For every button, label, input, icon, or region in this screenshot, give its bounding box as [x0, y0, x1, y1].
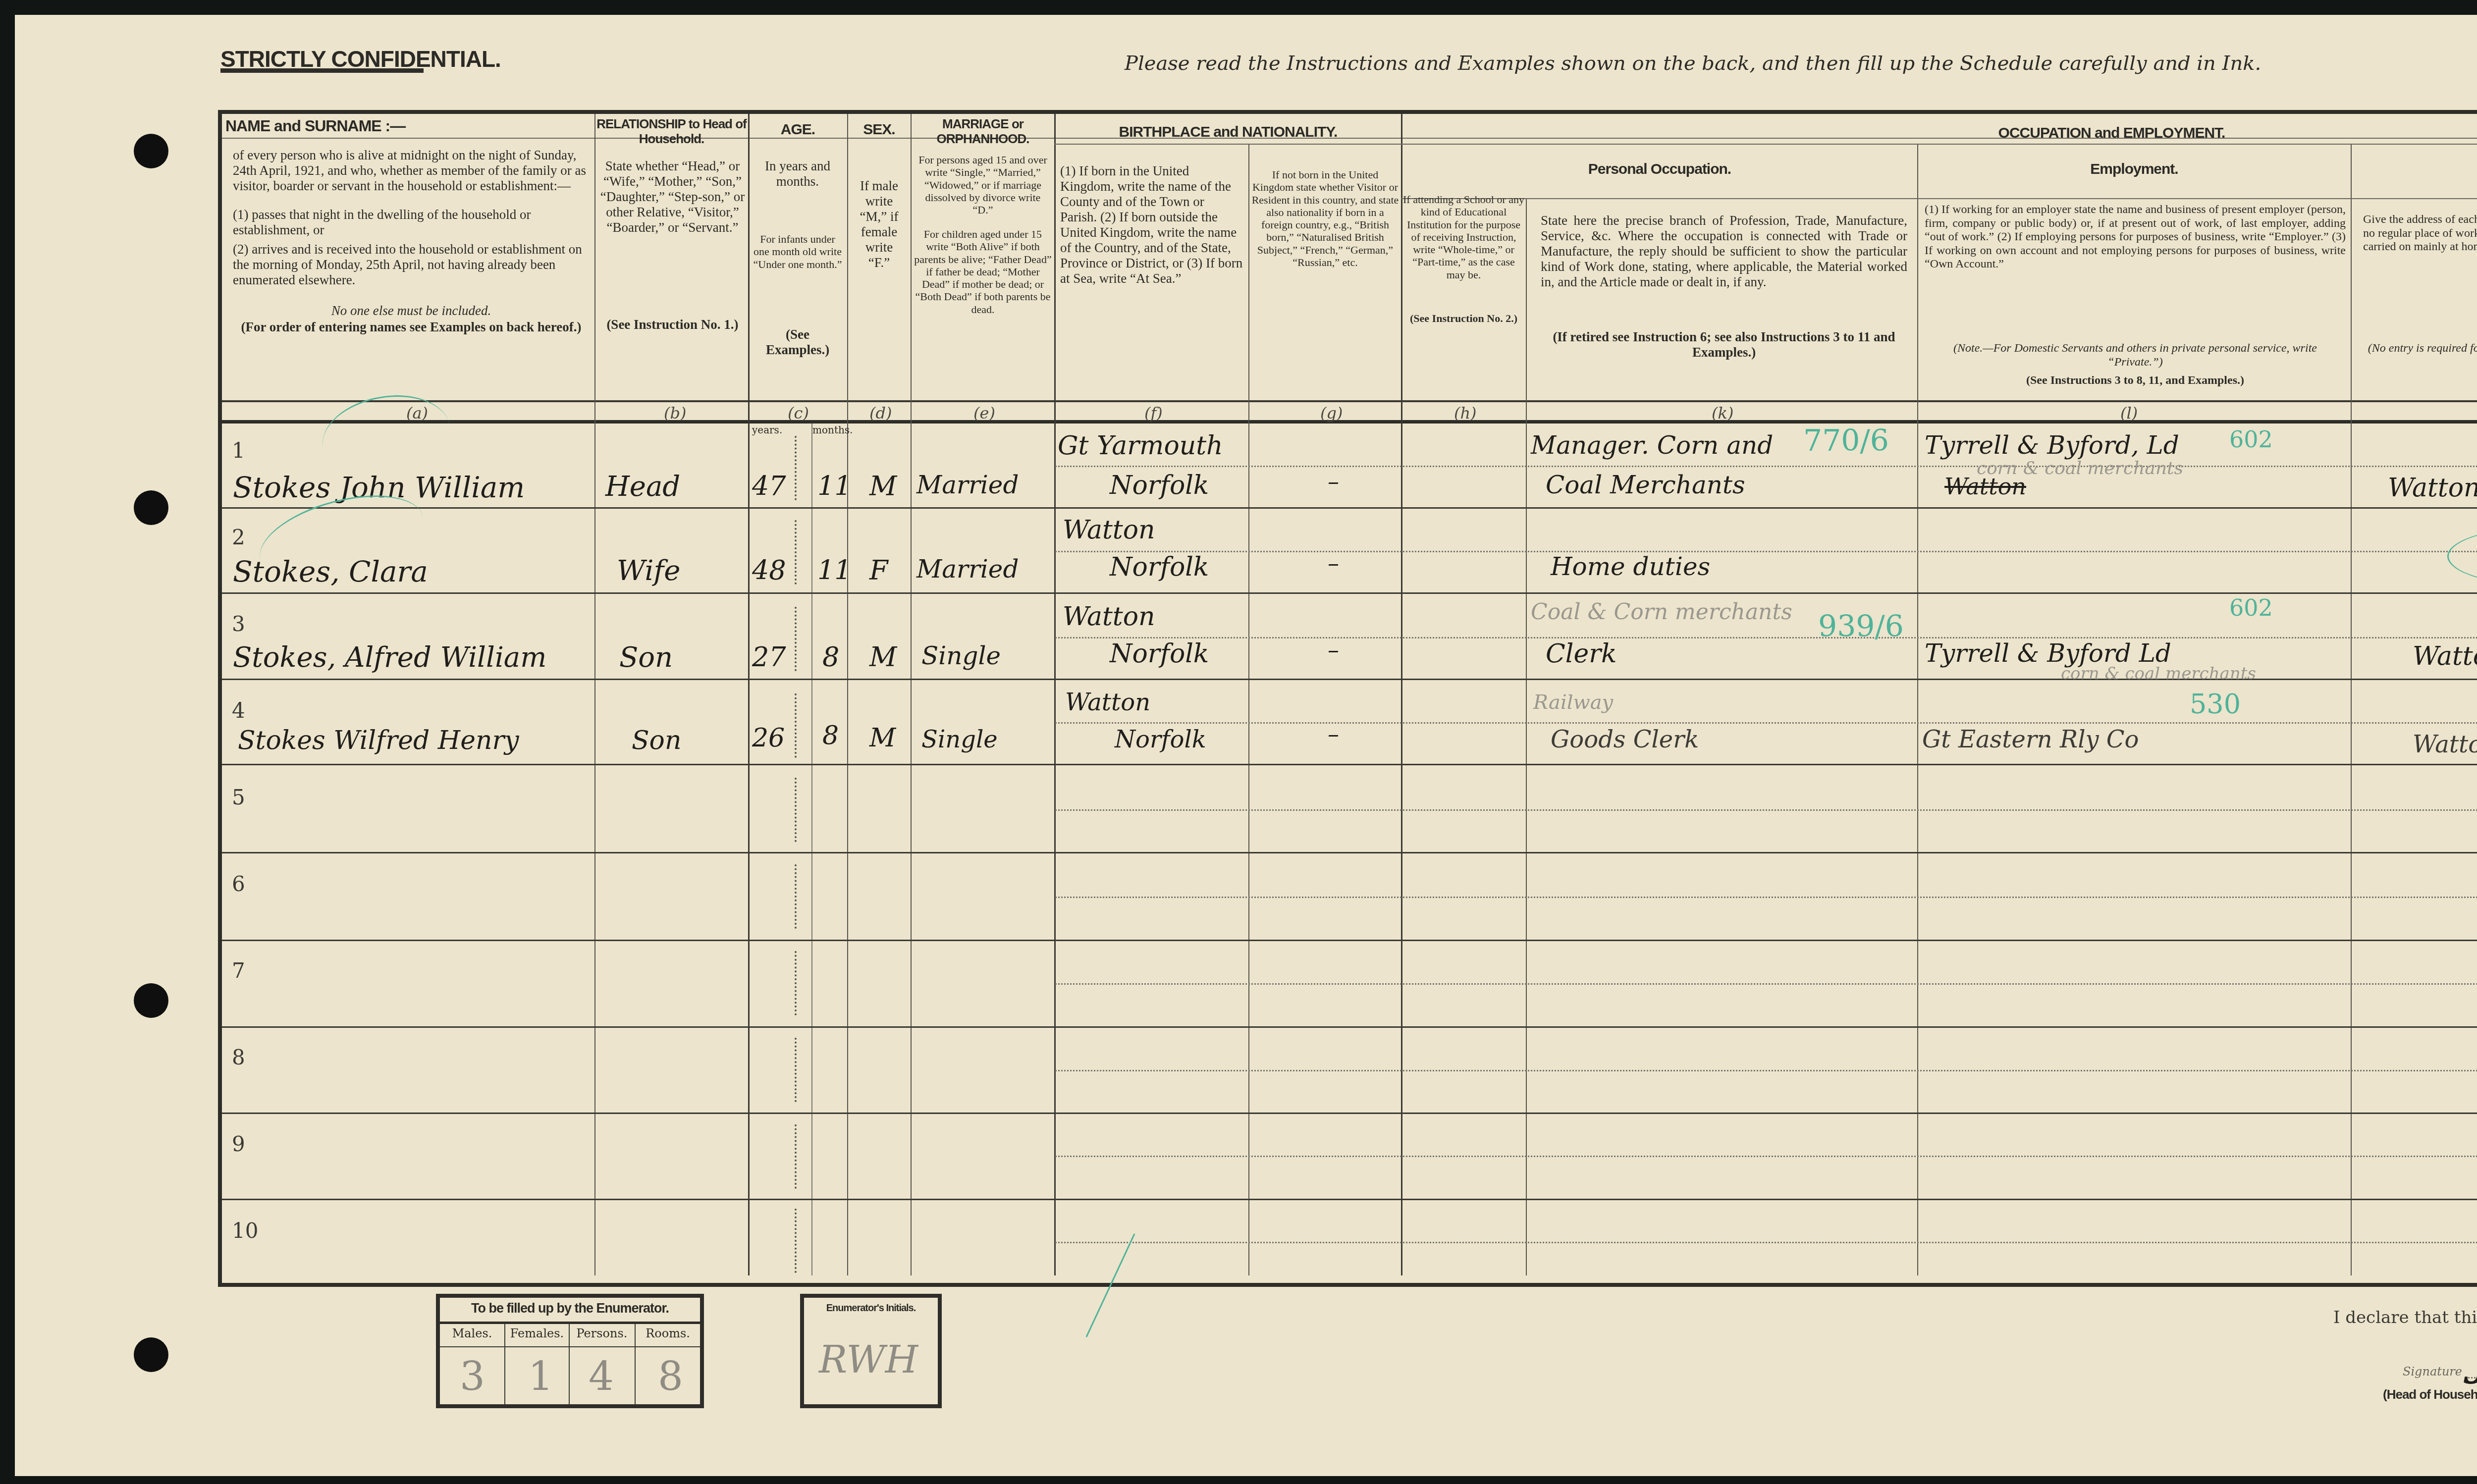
females-value: 1	[528, 1353, 553, 1399]
age-months: 11	[817, 555, 852, 586]
relationship: Son	[619, 641, 673, 674]
column-l-footer: (See Instructions 3 to 8, 11, and Exampl…	[1925, 374, 2346, 388]
column-a-point2: (2) arrives and is received into the hou…	[233, 242, 590, 288]
males-value: 3	[460, 1353, 485, 1399]
row-number: 6	[232, 872, 245, 896]
employer-code: 602	[2229, 594, 2273, 621]
column-k-footer: (If retired see Instruction 6; see also …	[1541, 329, 1907, 360]
column-c-instructions: In years and months.	[758, 159, 837, 189]
age-years: 48	[752, 555, 786, 586]
column-h-letter: (h)	[1454, 404, 1477, 423]
age-years: 26	[752, 723, 785, 753]
row-number: 4	[232, 698, 245, 723]
row-number: 2	[232, 525, 245, 549]
column-m-instructions: Give the address of each person's place …	[2363, 213, 2477, 254]
column-h-instructions: If attending a School or any kind of Edu…	[1403, 193, 1524, 281]
females-label: Females.	[505, 1326, 569, 1340]
occupation: Goods Clerk	[1551, 726, 1699, 753]
column-k-title: Personal Occupation.	[1402, 161, 1917, 178]
column-k-letter: (k)	[1712, 404, 1733, 423]
rooms-value: 8	[658, 1353, 683, 1399]
signature-value: John William Stokes	[2472, 1327, 2477, 1385]
column-m-title: Place of Work.	[2352, 161, 2477, 178]
column-c-title: AGE.	[750, 121, 846, 139]
column-e-title: MARRIAGE or ORPHANHOOD.	[912, 117, 1054, 147]
birthplace-county: Norfolk	[1115, 726, 1206, 753]
marital-status: Married	[916, 555, 1019, 583]
column-a-note: No one else must be included.	[233, 303, 590, 318]
person-name: Stokes Wilfred Henry	[238, 726, 519, 755]
column-e-instructions: For persons aged 15 and over write “Sing…	[914, 154, 1052, 216]
column-f-instructions: (1) If born in the United Kingdom, write…	[1060, 163, 1243, 286]
column-a-title: NAME and SURNAME :—	[225, 117, 473, 135]
age-months: 11	[817, 471, 852, 502]
rooms-label: Rooms.	[636, 1326, 700, 1340]
column-b-title: RELATIONSHIP to Head of Household.	[596, 117, 747, 147]
column-l-letter: (l)	[2120, 404, 2138, 423]
nationality: –	[1328, 636, 1339, 663]
column-h-footer: (See Instruction No. 2.)	[1403, 312, 1524, 324]
column-m-note: (No entry is required for any person who…	[2363, 342, 2477, 356]
column-c-letter: (c)	[788, 404, 809, 423]
row-number: 1	[232, 438, 245, 463]
row-number: 9	[232, 1132, 245, 1156]
relationship: Head	[605, 471, 680, 503]
signature-caption: (Head of Household, Manager of Establish…	[2383, 1387, 2477, 1402]
punch-hole	[134, 490, 168, 525]
occupation: Coal Merchants	[1546, 471, 1745, 499]
enumerator-initials-box: Enumerator's Initials. RWH	[800, 1294, 942, 1408]
place-of-work: Watton. Nfk	[2388, 473, 2477, 503]
row-number: 3	[232, 612, 245, 636]
enumerator-box-header: To be filled up by the Enumerator.	[440, 1301, 700, 1316]
place-of-work: Watton	[2413, 731, 2477, 758]
occupation: Manager. Corn and	[1531, 431, 1773, 460]
column-d-instructions: If male write “M,” if female write “F.”	[853, 178, 905, 270]
occupation-pencil-note: Coal & Corn merchants	[1531, 599, 1792, 625]
column-l-instructions: (1) If working for an employer state the…	[1925, 203, 2346, 271]
sex: M	[869, 471, 897, 502]
age-years: 47	[752, 471, 786, 502]
employer: Tyrrell & Byford, Ld	[1925, 431, 2179, 460]
column-c-footer: (See Examples.)	[753, 327, 842, 358]
occupation-code: 770/6	[1803, 424, 1889, 458]
males-label: Males.	[440, 1326, 504, 1340]
enumerator-initials-label: Enumerator's Initials.	[804, 1303, 938, 1314]
employer-pencil-note: corn & coal merchants	[2061, 664, 2256, 684]
employer-code: 602	[2229, 426, 2273, 453]
column-g-letter: (g)	[1320, 404, 1343, 423]
row-number: 10	[232, 1219, 258, 1243]
column-d-letter: (d)	[869, 404, 892, 423]
birthplace-town: Watton	[1063, 515, 1155, 545]
confidential-underline	[220, 68, 424, 73]
birthplace-county: Norfolk	[1110, 552, 1209, 582]
row-number: 5	[232, 785, 245, 809]
column-a-point1: (1) passes that night in the dwelling of…	[233, 207, 590, 238]
occupation-code: 939/6	[1818, 609, 1904, 644]
marital-status: Single	[921, 641, 1001, 670]
birthplace-county: Norfolk	[1110, 639, 1209, 669]
birthplace-town: Watton	[1065, 689, 1150, 716]
marital-status: Married	[916, 471, 1019, 499]
place-of-work: Watton	[2413, 641, 2477, 671]
column-a-instructions: of every person who is alive at midnight…	[233, 148, 590, 194]
employer-town: Watton	[1944, 473, 2026, 500]
column-f-letter: (f)	[1144, 404, 1163, 423]
age-months-label: months.	[812, 424, 853, 436]
birthplace-town: Watton	[1063, 602, 1155, 632]
relationship: Son	[632, 726, 681, 755]
column-l-note: (Note.—For Domestic Servants and others …	[1925, 342, 2346, 369]
occupation: Home duties	[1551, 552, 1710, 581]
age-years: 27	[752, 641, 786, 673]
age-months: 8	[822, 721, 839, 750]
age-years-label: years.	[752, 424, 782, 436]
persons-value: 4	[589, 1353, 614, 1399]
column-a-footer: (For order of entering names see Example…	[233, 319, 590, 335]
column-l-title: Employment.	[1918, 161, 2350, 178]
column-k-instructions: State here the precise branch of Profess…	[1541, 213, 1907, 290]
column-b-instructions: State whether “Head,” or “Wife,” “Mother…	[599, 159, 746, 235]
sex: F	[869, 555, 888, 586]
column-e-letter: (e)	[973, 404, 995, 423]
birthplace-county: Norfolk	[1110, 471, 1209, 500]
punch-hole	[134, 983, 168, 1018]
occupation: Clerk	[1546, 639, 1617, 669]
instruction-banner: Please read the Instructions and Example…	[1125, 52, 2261, 75]
declaration-text: I declare that this Schedule is correctl…	[2333, 1308, 2477, 1327]
punch-hole	[134, 134, 168, 168]
employer: Gt Eastern Rly Co	[1922, 726, 2139, 753]
row-number: 7	[232, 958, 245, 983]
nationality: –	[1328, 721, 1339, 747]
person-name: Stokes, Alfred William	[233, 641, 546, 674]
birthplace-group-title: BIRTHPLACE and NATIONALITY.	[1055, 124, 1401, 141]
column-b-letter: (b)	[664, 404, 686, 423]
persons-label: Persons.	[570, 1326, 634, 1340]
column-e-children: For children aged under 15 write “Both A…	[914, 228, 1052, 316]
sex: M	[869, 641, 897, 673]
age-months: 8	[822, 641, 839, 673]
enumerator-counts-box: To be filled up by the Enumerator. Males…	[436, 1294, 704, 1408]
column-d-title: SEX.	[848, 121, 910, 139]
occupation-pencil-note: Railway	[1533, 691, 1613, 714]
sex: M	[869, 723, 896, 753]
nationality: –	[1328, 550, 1339, 577]
enumerator-initials-value: RWH	[819, 1337, 918, 1381]
marital-status: Single	[921, 726, 998, 753]
signature-label: Signature	[2403, 1365, 2462, 1378]
nationality: –	[1328, 468, 1339, 495]
column-g-instructions: If not born in the United Kingdom state …	[1251, 168, 1400, 268]
row-number: 8	[232, 1045, 245, 1069]
employer-code: 530	[2190, 689, 2241, 720]
birthplace-town: Gt Yarmouth	[1058, 431, 1223, 461]
occupation-group-title: OCCUPATION and EMPLOYMENT.	[1526, 125, 2477, 142]
column-b-footer: (See Instruction No. 1.)	[599, 317, 746, 332]
punch-hole	[134, 1337, 168, 1372]
relationship: Wife	[617, 555, 680, 587]
column-c-infants: For infants under one month old write “U…	[753, 233, 842, 270]
